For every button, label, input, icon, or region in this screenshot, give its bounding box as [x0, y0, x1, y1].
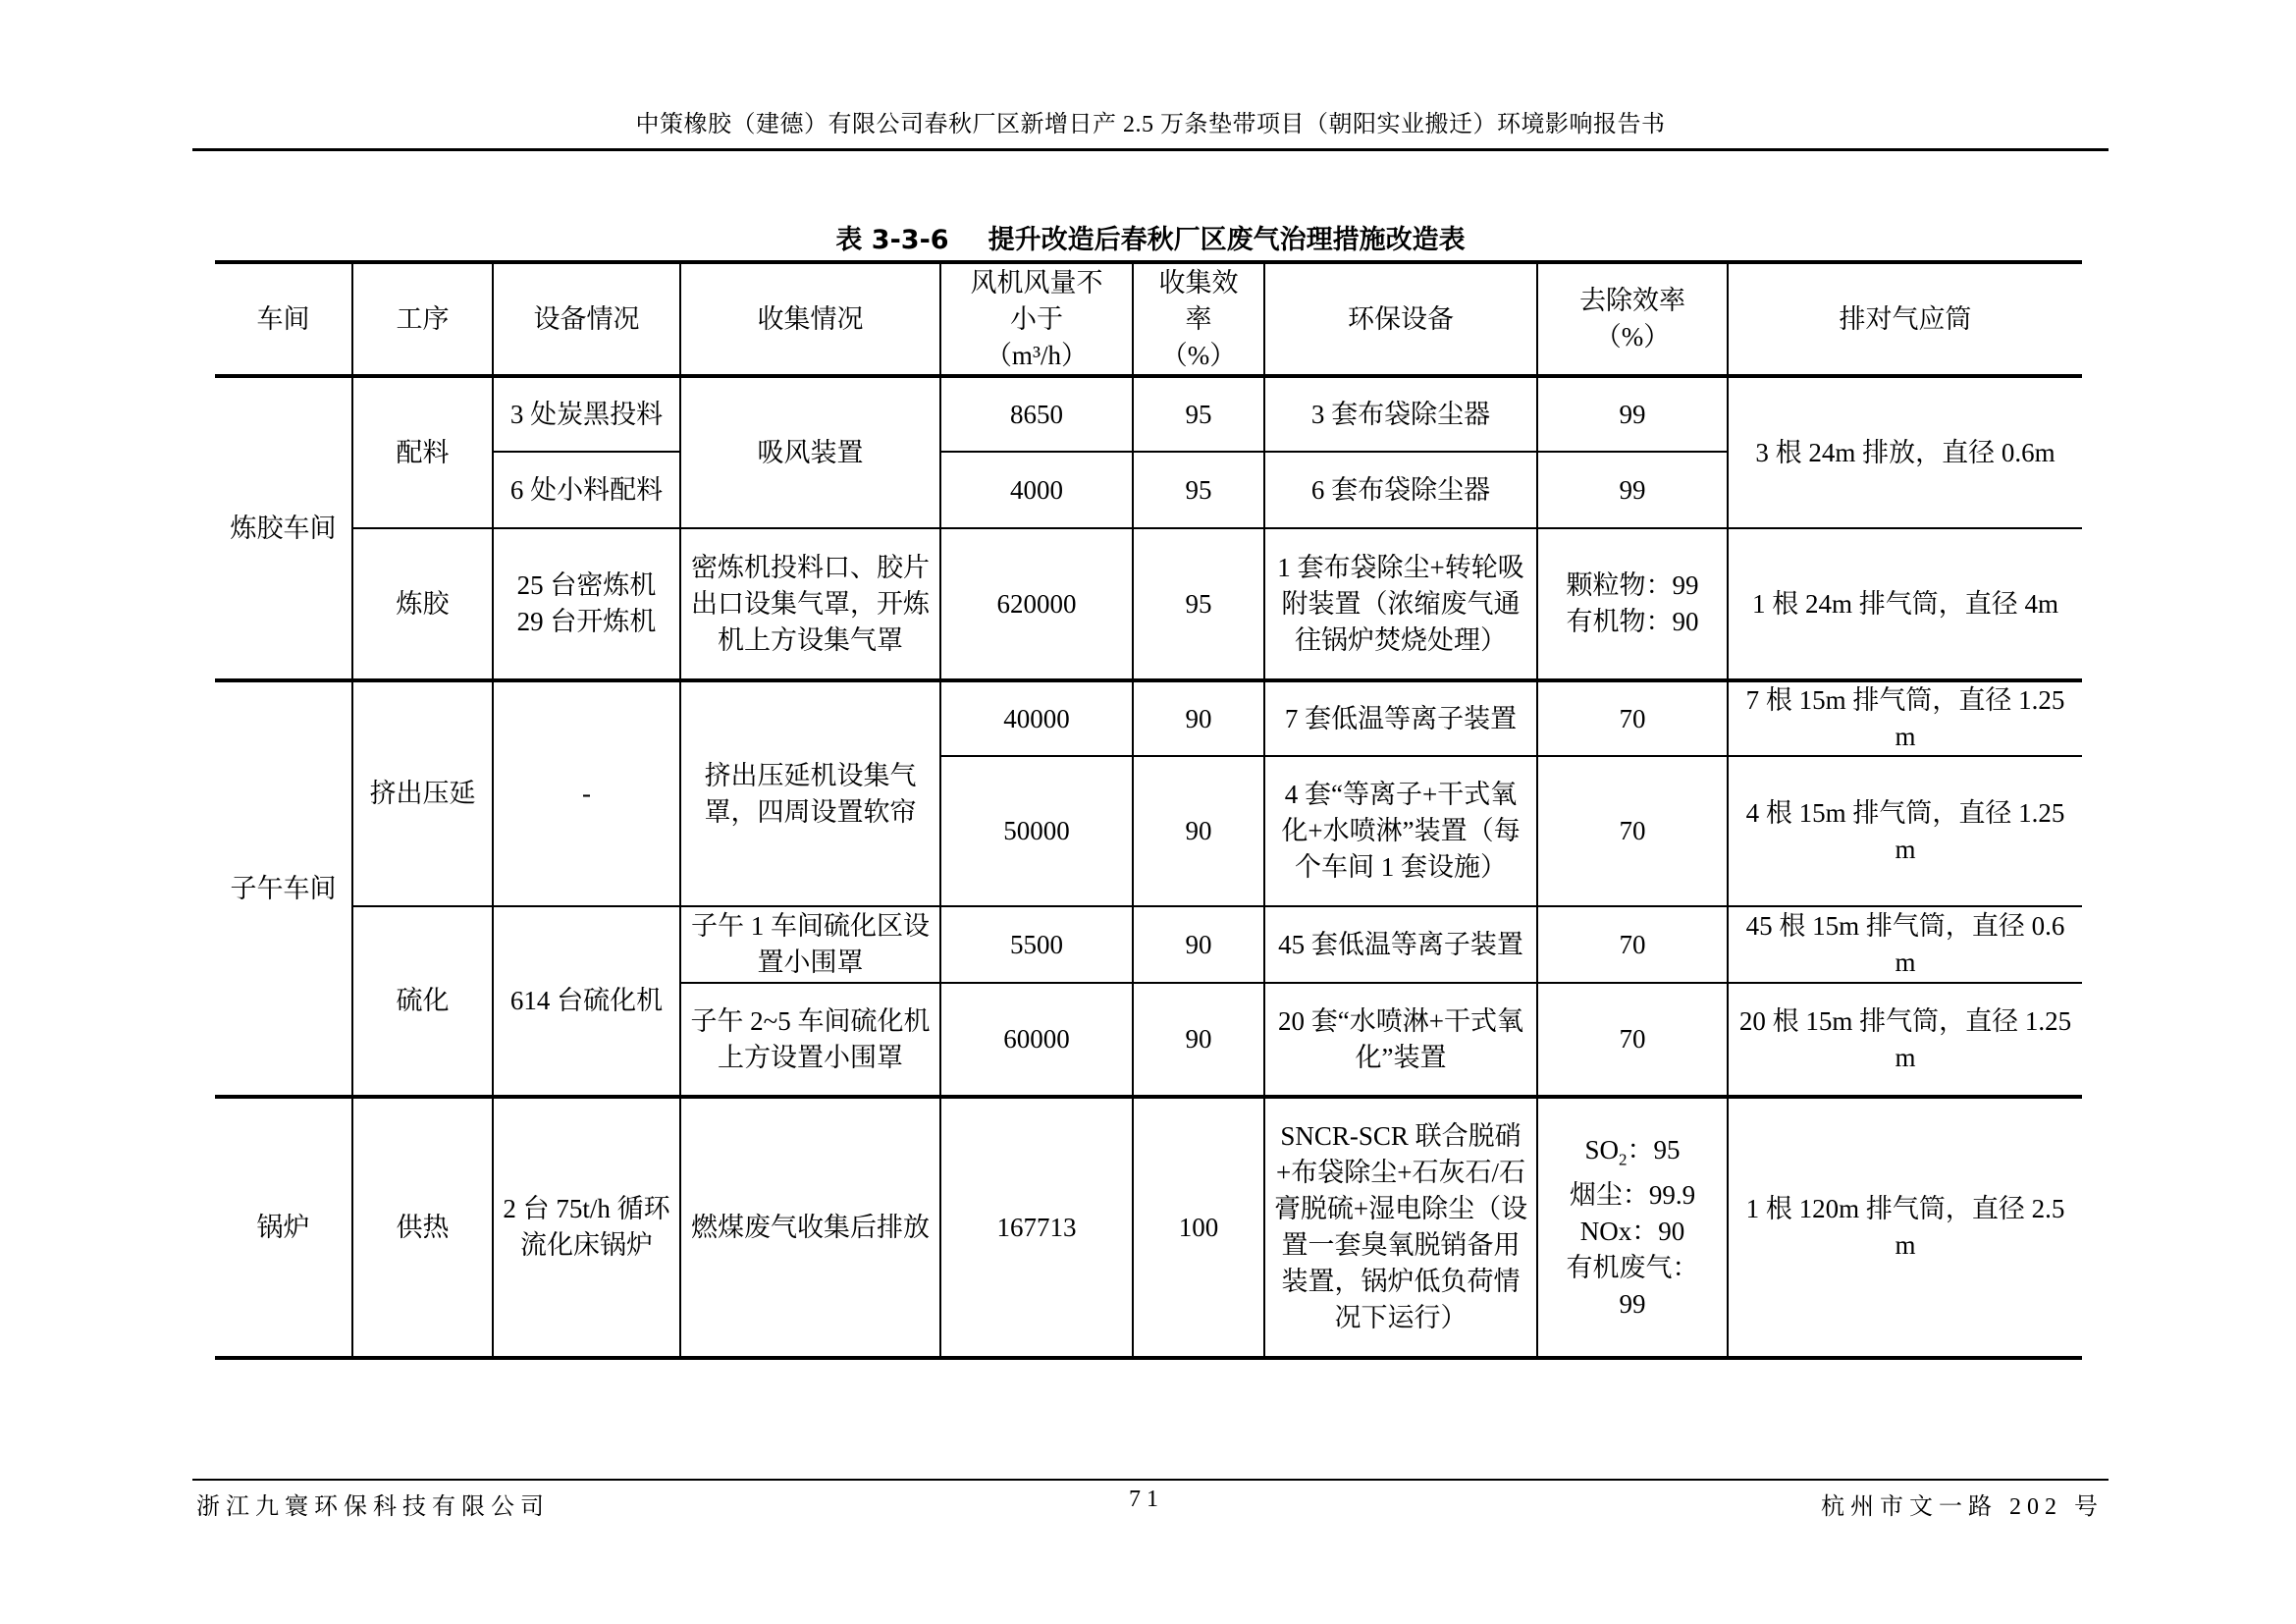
cell-env-equipment: 20 套“水喷淋+干式氧化”装置 — [1264, 983, 1537, 1097]
cell-removal-eff: 70 — [1537, 680, 1728, 756]
cell-collection: 吸风装置 — [680, 376, 940, 528]
table-row: 子午车间 挤出压延 - 挤出压延机设集气罩，四周设置软帘 40000 90 7 … — [215, 680, 2082, 756]
cell-collect-eff: 90 — [1133, 983, 1264, 1097]
footer-rule — [192, 1479, 2109, 1481]
col-header-collect-eff: 收集效 率 （%） — [1133, 262, 1264, 376]
col-header-workshop: 车间 — [215, 262, 352, 376]
col-header-airflow: 风机风量不 小于 （m³/h） — [940, 262, 1133, 376]
cell-airflow: 4000 — [940, 452, 1133, 528]
cell-removal-eff: 颗粒物：99 有机物：90 — [1537, 528, 1728, 680]
cell-removal-eff: SO2：95 烟尘：99.9 NOx：90 有机废气： 99 — [1537, 1097, 1728, 1358]
cell-equipment: 25 台密炼机 29 台开炼机 — [493, 528, 680, 680]
cell-env-equipment: 45 套低温等离子装置 — [1264, 906, 1537, 983]
cell-collection: 燃煤废气收集后排放 — [680, 1097, 940, 1358]
cell-airflow: 8650 — [940, 376, 1133, 452]
cell-removal-eff: 70 — [1537, 906, 1728, 983]
col-header-stack: 排对气应筒 — [1728, 262, 2082, 376]
cell-equipment: - — [493, 680, 680, 906]
table-row: 锅炉 供热 2 台 75t/h 循环流化床锅炉 燃煤废气收集后排放 167713… — [215, 1097, 2082, 1358]
table-row: 硫化 614 台硫化机 子午 1 车间硫化区设置小围罩 5500 90 45 套… — [215, 906, 2082, 983]
cell-airflow: 40000 — [940, 680, 1133, 756]
cell-env-equipment: 3 套布袋除尘器 — [1264, 376, 1537, 452]
cell-workshop: 锅炉 — [215, 1097, 352, 1358]
cell-process: 硫化 — [352, 906, 493, 1097]
cell-collection: 挤出压延机设集气罩，四周设置软帘 — [680, 680, 940, 906]
cell-equipment: 614 台硫化机 — [493, 906, 680, 1097]
cell-removal-eff: 70 — [1537, 756, 1728, 906]
cell-equipment: 3 处炭黑投料 — [493, 376, 680, 452]
col-header-process: 工序 — [352, 262, 493, 376]
footer-address: 杭州市文一路 202 号 — [1821, 1487, 2104, 1521]
cell-collect-eff: 100 — [1133, 1097, 1264, 1358]
col-header-equipment: 设备情况 — [493, 262, 680, 376]
cell-env-equipment: 7 套低温等离子装置 — [1264, 680, 1537, 756]
cell-equipment: 2 台 75t/h 循环流化床锅炉 — [493, 1097, 680, 1358]
cell-workshop: 炼胶车间 — [215, 376, 352, 680]
table-title: 提升改造后春秋厂区废气治理措施改造表 — [988, 225, 1466, 255]
cell-collect-eff: 95 — [1133, 452, 1264, 528]
cell-equipment: 6 处小料配料 — [493, 452, 680, 528]
cell-process: 炼胶 — [352, 528, 493, 680]
cell-airflow: 50000 — [940, 756, 1133, 906]
cell-process: 配料 — [352, 376, 493, 528]
cell-stack: 3 根 24m 排放，直径 0.6m — [1728, 376, 2082, 528]
page-header: 中策橡胶（建德）有限公司春秋厂区新增日产 2.5 万条垫带项目（朝阳实业搬迁）环… — [192, 110, 2109, 139]
page-number: 71 — [1129, 1487, 1164, 1513]
table-number: 表 3-3-6 — [835, 225, 948, 255]
cell-process: 供热 — [352, 1097, 493, 1358]
cell-removal-eff: 99 — [1537, 452, 1728, 528]
cell-collect-eff: 95 — [1133, 376, 1264, 452]
cell-stack: 20 根 15m 排气筒，直径 1.25m — [1728, 983, 2082, 1097]
cell-env-equipment: 4 套“等离子+干式氧化+水喷淋”装置（每个车间 1 套设施） — [1264, 756, 1537, 906]
cell-stack: 1 根 24m 排气筒，直径 4m — [1728, 528, 2082, 680]
cell-stack: 4 根 15m 排气筒，直径 1.25m — [1728, 756, 2082, 906]
cell-workshop: 子午车间 — [215, 680, 352, 1097]
cell-stack: 45 根 15m 排气筒，直径 0.6m — [1728, 906, 2082, 983]
cell-airflow: 60000 — [940, 983, 1133, 1097]
col-header-collection: 收集情况 — [680, 262, 940, 376]
cell-collect-eff: 95 — [1133, 528, 1264, 680]
col-header-env-equipment: 环保设备 — [1264, 262, 1537, 376]
cell-removal-eff: 99 — [1537, 376, 1728, 452]
cell-collect-eff: 90 — [1133, 756, 1264, 906]
cell-env-equipment: SNCR-SCR 联合脱硝+布袋除尘+石灰石/石膏脱硫+湿电除尘（设置一套臭氧脱… — [1264, 1097, 1537, 1358]
cell-collection: 密炼机投料口、胶片出口设集气罩，开炼机上方设集气罩 — [680, 528, 940, 680]
cell-env-equipment: 6 套布袋除尘器 — [1264, 452, 1537, 528]
cell-stack: 1 根 120m 排气筒，直径 2.5m — [1728, 1097, 2082, 1358]
table-caption: 表 3-3-6提升改造后春秋厂区废气治理措施改造表 — [192, 218, 2109, 256]
cell-stack: 7 根 15m 排气筒，直径 1.25m — [1728, 680, 2082, 756]
header-rule — [192, 148, 2109, 151]
cell-env-equipment: 1 套布袋除尘+转轮吸附装置（浓缩废气通往锅炉焚烧处理） — [1264, 528, 1537, 680]
table-header-row: 车间 工序 设备情况 收集情况 风机风量不 小于 （m³/h） 收集效 率 （%… — [215, 262, 2082, 376]
col-header-removal-eff: 去除效率 （%） — [1537, 262, 1728, 376]
emission-control-table: 车间 工序 设备情况 收集情况 风机风量不 小于 （m³/h） 收集效 率 （%… — [215, 260, 2082, 1360]
cell-collection: 子午 1 车间硫化区设置小围罩 — [680, 906, 940, 983]
cell-collect-eff: 90 — [1133, 906, 1264, 983]
cell-removal-eff: 70 — [1537, 983, 1728, 1097]
cell-airflow: 5500 — [940, 906, 1133, 983]
footer-company: 浙江九寰环保科技有限公司 — [196, 1487, 550, 1521]
cell-collect-eff: 90 — [1133, 680, 1264, 756]
table-row: 炼胶 25 台密炼机 29 台开炼机 密炼机投料口、胶片出口设集气罩，开炼机上方… — [215, 528, 2082, 680]
table-row: 炼胶车间 配料 3 处炭黑投料 吸风装置 8650 95 3 套布袋除尘器 99… — [215, 376, 2082, 452]
cell-process: 挤出压延 — [352, 680, 493, 906]
cell-airflow: 620000 — [940, 528, 1133, 680]
cell-airflow: 167713 — [940, 1097, 1133, 1358]
cell-collection: 子午 2~5 车间硫化机上方设置小围罩 — [680, 983, 940, 1097]
